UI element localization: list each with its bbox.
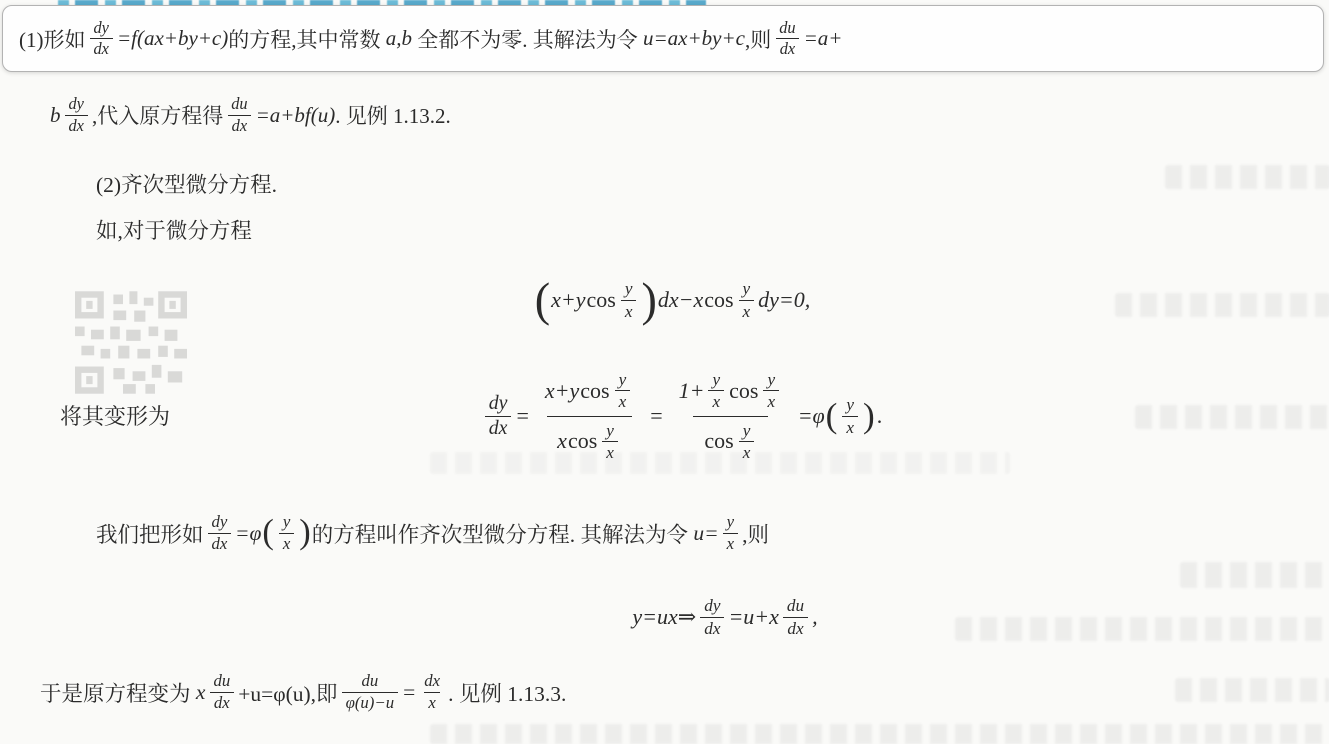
math-text: u= bbox=[693, 521, 718, 546]
fraction-y-x: y x bbox=[279, 514, 294, 553]
big-fraction: x+y cos y x x cos y x bbox=[535, 371, 644, 461]
fraction-numerator: du bbox=[357, 673, 382, 692]
fraction-numerator: dy bbox=[90, 20, 113, 38]
boxed-text: ,则 bbox=[745, 24, 771, 54]
cos-operator: cos bbox=[704, 287, 733, 313]
fraction-numerator: y bbox=[763, 371, 779, 390]
fraction-numerator: y bbox=[602, 422, 618, 441]
fraction-numerator: du bbox=[209, 673, 234, 692]
math-text: y=ux⇒ bbox=[632, 604, 696, 630]
print-bleedthrough bbox=[955, 617, 1329, 641]
text-line: 如,对于微分方程 bbox=[96, 213, 252, 245]
equals-sign: = bbox=[516, 403, 528, 429]
boxed-text: (1)形如 bbox=[19, 24, 86, 54]
fraction-numerator: y bbox=[279, 514, 294, 533]
cos-operator: cos bbox=[729, 380, 758, 402]
fraction-dy-dx: dy dx bbox=[65, 96, 88, 134]
fraction-numerator: dy bbox=[485, 394, 512, 416]
equals-sign: = bbox=[799, 403, 811, 429]
print-bleedthrough bbox=[430, 452, 1010, 474]
cos-operator: cos bbox=[568, 430, 597, 452]
text-line: 于是原方程变为 x du dx +u=φ(u),即 du φ(u)−u = dx… bbox=[40, 656, 566, 728]
left-paren: ( bbox=[826, 402, 838, 430]
right-paren: ) bbox=[641, 281, 656, 319]
print-bleedthrough bbox=[430, 724, 1329, 744]
fraction-y-x: y x bbox=[723, 514, 738, 553]
fraction-denominator: x bbox=[615, 390, 631, 410]
equals-sign: = bbox=[650, 403, 662, 429]
print-bleedthrough bbox=[1175, 678, 1329, 702]
cos-operator: cos bbox=[586, 287, 615, 313]
text-line: (2)齐次型微分方程. bbox=[96, 167, 277, 199]
fraction-denominator: dx bbox=[783, 617, 807, 637]
print-bleedthrough bbox=[1180, 562, 1329, 588]
fraction-denominator: dx bbox=[700, 617, 724, 637]
body-text: +u=φ(u),即 bbox=[238, 677, 337, 708]
fraction-denominator: x bbox=[708, 390, 724, 410]
fraction-denominator: dx bbox=[228, 115, 251, 134]
fraction-numerator: du bbox=[783, 597, 808, 616]
body-text: 于是原方程变为 bbox=[40, 677, 196, 708]
math-text: 1+ bbox=[679, 380, 705, 402]
boxed-text: 的方程,其中常数 bbox=[228, 24, 386, 54]
body-text: . 见例 1.13.3. bbox=[448, 677, 566, 708]
fraction-denominator: dx bbox=[208, 533, 232, 553]
fraction-numerator: y bbox=[621, 280, 637, 299]
fraction-numerator: y bbox=[739, 280, 755, 299]
fraction-denominator: x bbox=[621, 300, 637, 320]
text-line: b dy dx ,代入原方程得 du dx =a+bf(u) . 见例 1.13… bbox=[50, 86, 451, 144]
equals-sign: = bbox=[403, 680, 415, 705]
left-paren: ( bbox=[535, 281, 550, 319]
math-text: x bbox=[557, 430, 567, 452]
fraction-dy-dx: dy dx bbox=[208, 514, 232, 553]
body-text: . 见例 1.13.2. bbox=[335, 100, 451, 130]
math-text: =f(ax+by+c) bbox=[117, 26, 228, 51]
body-text: (2)齐次型微分方程. bbox=[96, 168, 277, 199]
fraction-denominator: dx bbox=[90, 38, 113, 57]
fraction-du-dx: du dx bbox=[227, 96, 251, 134]
body-text: 我们把形如 bbox=[96, 518, 204, 549]
left-paren: ( bbox=[262, 519, 273, 547]
fraction-y-x: y x bbox=[739, 280, 755, 319]
fraction-numerator: y bbox=[739, 422, 755, 441]
text-line: 我们把形如 dy dx = φ ( y x ) 的方程叫作齐次型微分方程. 其解… bbox=[96, 503, 769, 563]
math-text: x+y bbox=[545, 380, 579, 402]
big-fraction-numerator: x+y cos y x bbox=[535, 371, 644, 415]
cos-operator: cos bbox=[580, 380, 609, 402]
fraction-numerator: y bbox=[708, 371, 724, 390]
fraction-denominator: x bbox=[424, 692, 439, 712]
fraction-denominator: dx bbox=[485, 416, 512, 439]
big-fraction: 1+ y x cos y x cos y x bbox=[669, 371, 793, 461]
fraction-denominator: dx bbox=[210, 692, 234, 712]
body-text: 的方程叫作齐次型微分方程. 其解法为令 bbox=[312, 518, 694, 549]
fraction-denominator: φ(u)−u bbox=[342, 692, 399, 712]
phi-symbol: φ bbox=[812, 403, 824, 429]
fraction-numerator: dy bbox=[700, 597, 724, 616]
fraction-numerator: du bbox=[227, 96, 251, 114]
fraction-denominator: dx bbox=[65, 115, 88, 134]
fraction-y-x: y x bbox=[842, 396, 858, 435]
fraction-denominator: x bbox=[739, 300, 755, 320]
fraction-y-x: y x bbox=[763, 371, 779, 410]
math-text: , bbox=[812, 604, 818, 630]
textbook-page-scan: (1)形如 dy dx =f(ax+by+c) 的方程,其中常数 a,b 全都不… bbox=[0, 0, 1329, 744]
right-paren: ) bbox=[299, 519, 310, 547]
fraction-numerator: dx bbox=[420, 673, 444, 692]
period: . bbox=[877, 403, 883, 429]
body-text: ,则 bbox=[742, 518, 769, 549]
print-bleedthrough bbox=[1115, 293, 1329, 317]
fraction-denominator: dx bbox=[776, 38, 799, 57]
math-text: =u+x bbox=[728, 604, 778, 630]
phi-symbol: φ bbox=[249, 521, 261, 546]
fraction-du-dx: du dx bbox=[209, 673, 234, 712]
math-text: dx−x bbox=[658, 287, 703, 313]
fraction-denominator: x bbox=[763, 390, 779, 410]
right-paren: ) bbox=[863, 402, 875, 430]
fraction-numerator: y bbox=[723, 514, 738, 533]
highlighted-formula-box: (1)形如 dy dx =f(ax+by+c) 的方程,其中常数 a,b 全都不… bbox=[2, 5, 1324, 72]
fraction-dy-dx: dy dx bbox=[700, 597, 724, 636]
fraction-denominator: x bbox=[842, 416, 858, 436]
math-text: b bbox=[50, 103, 61, 128]
body-text: ,代入原方程得 bbox=[92, 100, 223, 130]
print-bleedthrough bbox=[1135, 405, 1329, 429]
fraction-du-phi: du φ(u)−u bbox=[342, 673, 399, 712]
fraction-denominator: x bbox=[279, 533, 294, 553]
fraction-dy-dx: dy dx bbox=[90, 20, 113, 58]
equals-sign: = bbox=[236, 521, 248, 546]
math-text: x bbox=[196, 680, 206, 705]
fraction-dy-dx: dy dx bbox=[485, 394, 512, 439]
math-text: dy=0, bbox=[758, 287, 810, 313]
cos-operator: cos bbox=[704, 430, 733, 452]
fraction-y-x: y x bbox=[621, 280, 637, 319]
big-fraction-numerator: 1+ y x cos y x bbox=[669, 371, 793, 415]
print-bleedthrough bbox=[1165, 165, 1329, 189]
math-text: u=ax+by+c bbox=[643, 26, 745, 51]
fraction-y-x: y x bbox=[615, 371, 631, 410]
body-text: 如,对于微分方程 bbox=[96, 214, 252, 245]
math-text: =a+ bbox=[804, 26, 843, 51]
fraction-y-x: y x bbox=[708, 371, 724, 410]
math-text: =a+bf(u) bbox=[256, 103, 336, 128]
fraction-numerator: dy bbox=[208, 514, 232, 533]
math-text: x+y bbox=[551, 287, 585, 313]
fraction-numerator: dy bbox=[65, 96, 88, 114]
fraction-dx-x: dx x bbox=[420, 673, 444, 712]
fraction-numerator: y bbox=[615, 371, 631, 390]
fraction-du-dx: du dx bbox=[775, 20, 799, 58]
boxed-text: 全都不为零. 其解法为令 bbox=[412, 24, 643, 54]
fraction-numerator: y bbox=[842, 396, 858, 415]
math-text: a,b bbox=[386, 26, 412, 51]
fraction-denominator: x bbox=[723, 533, 738, 553]
fraction-numerator: du bbox=[775, 20, 799, 38]
fraction-du-dx: du dx bbox=[783, 597, 808, 636]
